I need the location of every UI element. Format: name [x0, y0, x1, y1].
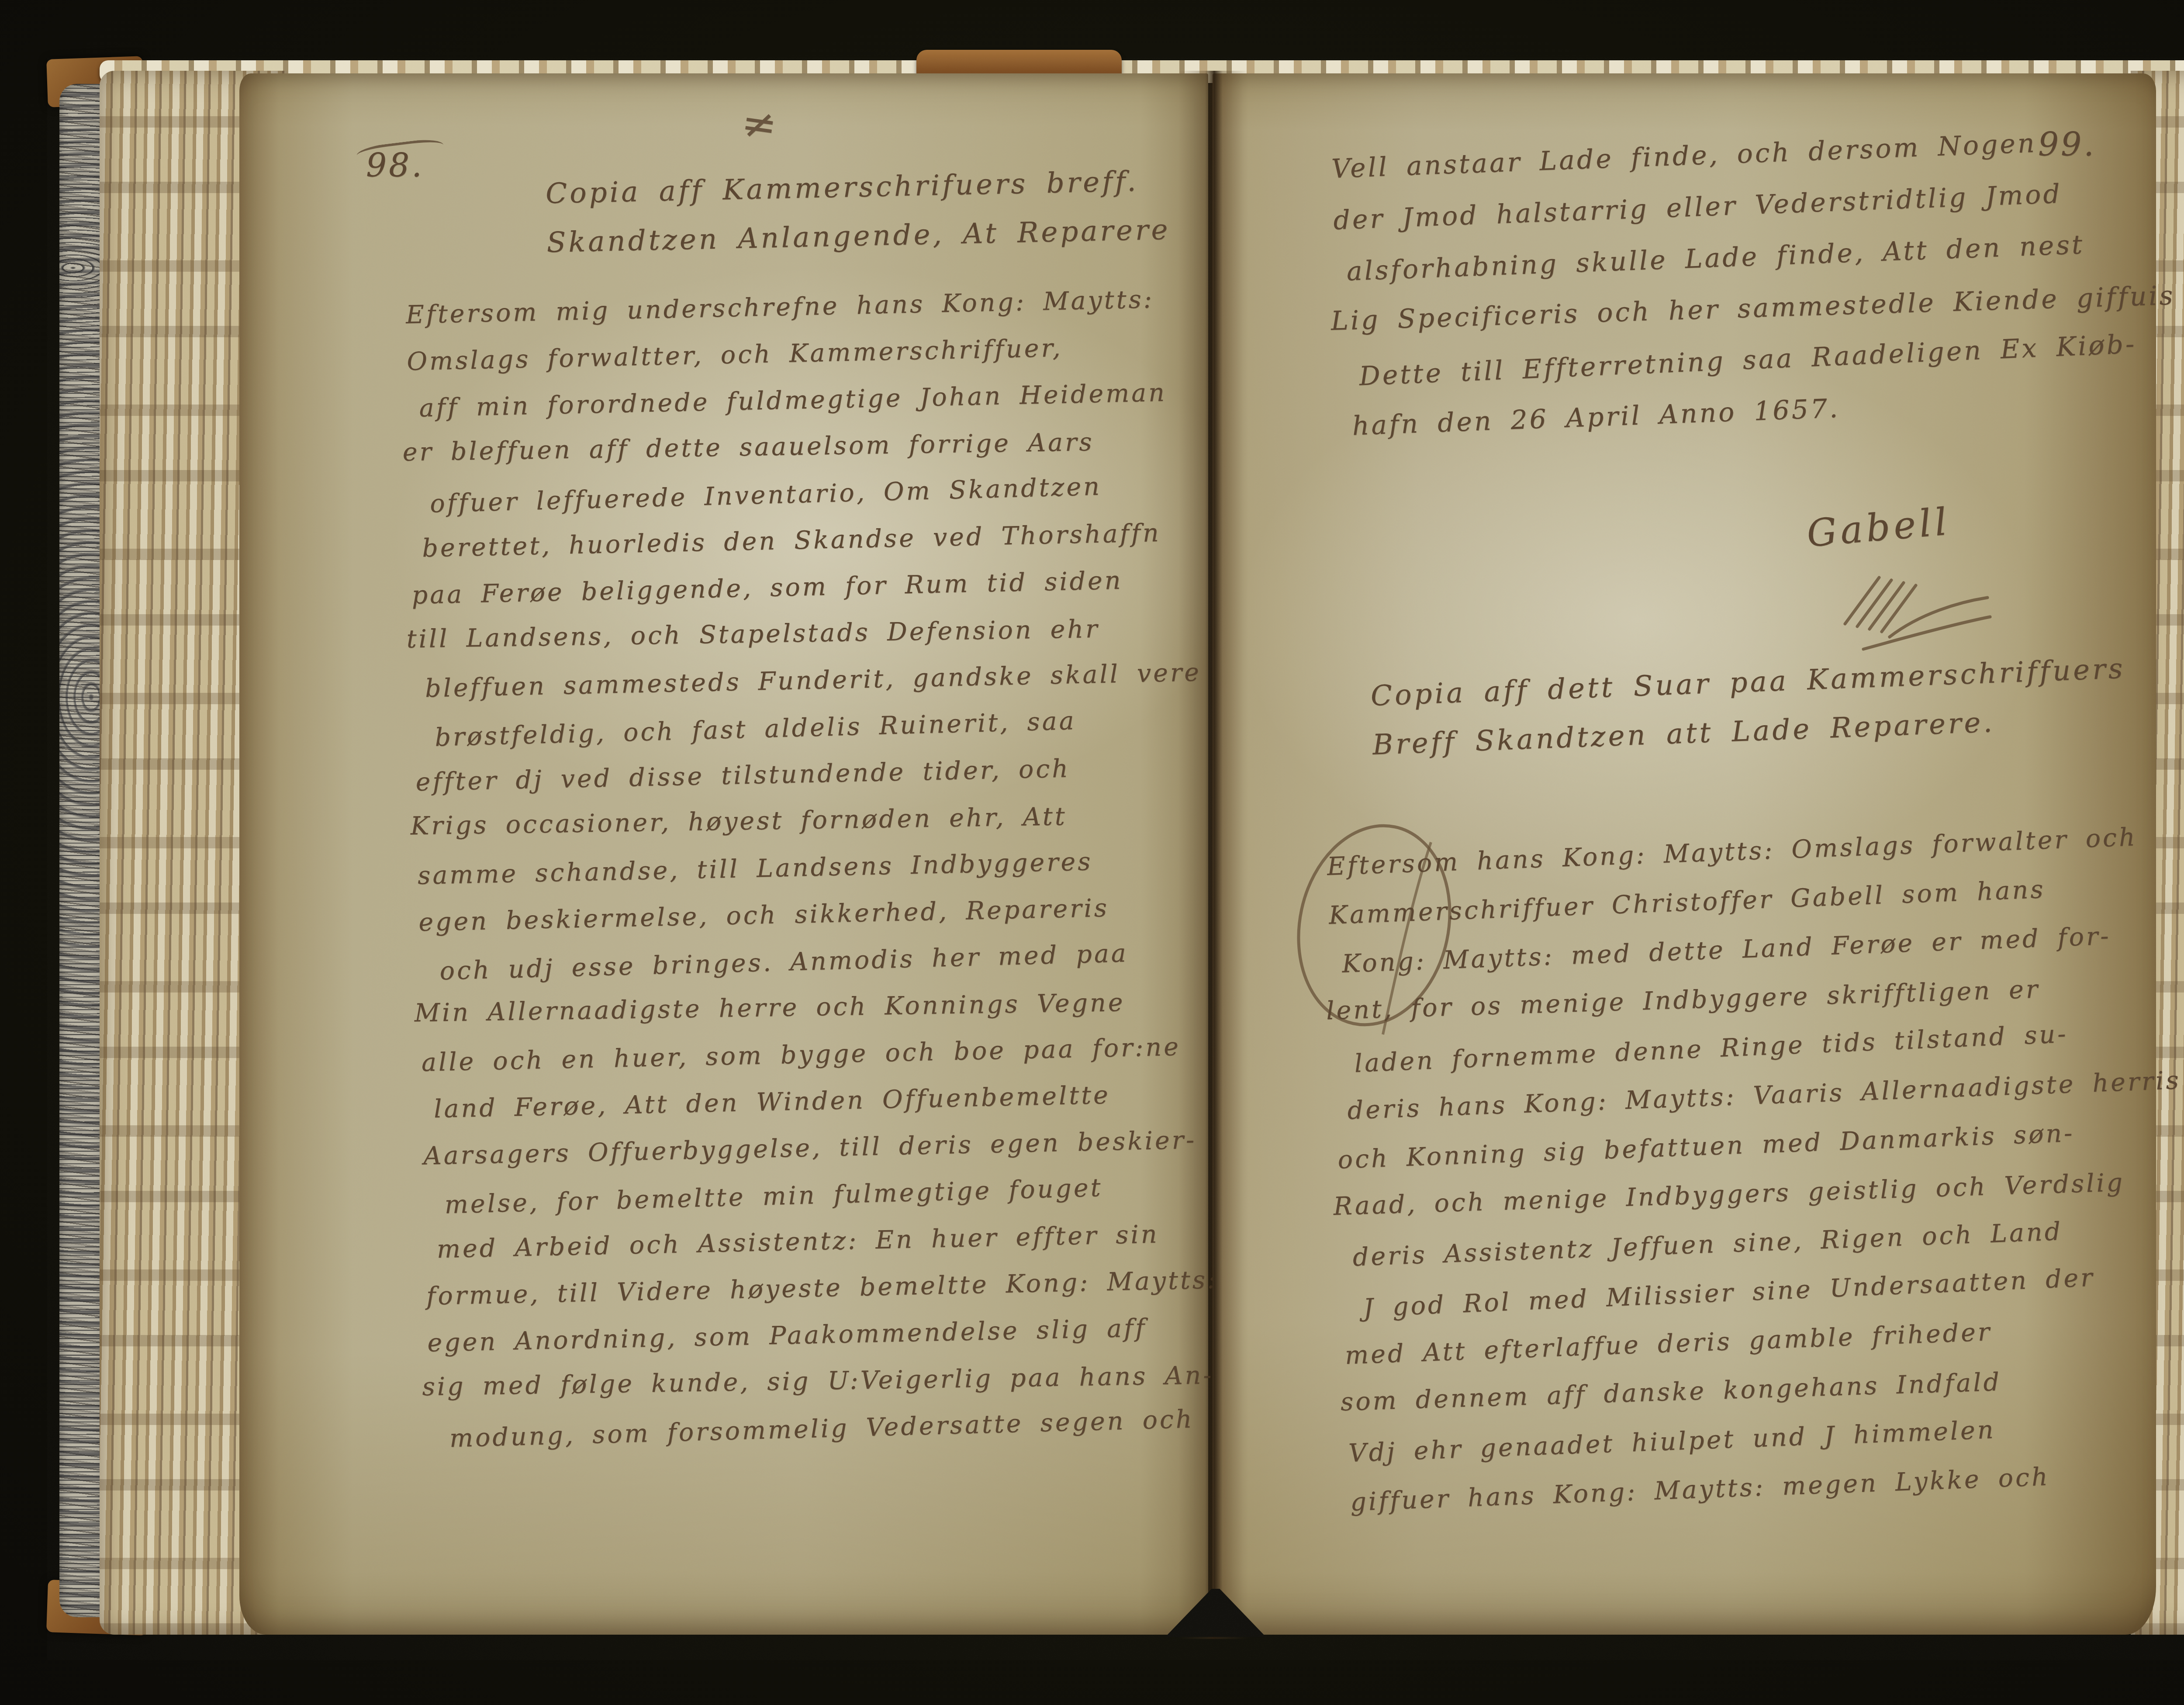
- heading-left: Copia aff Kammerschrifuers breff.Skandtz…: [545, 156, 1171, 267]
- manuscript-book: 98. ≠ Copia aff Kammerschrifuers breff.S…: [47, 58, 2184, 1660]
- page-right: 99. Vell anstaar Lade finde, och dersom …: [1213, 73, 2156, 1635]
- marbled-edge-left: [59, 84, 105, 1617]
- paragraph-1-right: Vell anstaar Lade finde, och dersom Noge…: [1330, 113, 2180, 453]
- page-number-left: 98.: [366, 147, 424, 184]
- archival-photo-background: 98. ≠ Copia aff Kammerschrifuers breff.S…: [0, 0, 2184, 1705]
- paragraph-2-right: Eftersom hans Kong: Maytts: Omslags forw…: [1326, 811, 2184, 1527]
- signature: Gabell: [1805, 500, 1952, 556]
- signature-flourish: [1837, 571, 1994, 654]
- page-left: 98. ≠ Copia aff Kammerschrifuers breff.S…: [239, 73, 1208, 1635]
- heading-right: Copia aff dett Suar paa Kammerschriffuer…: [1370, 644, 2128, 770]
- hash-mark: ≠: [739, 97, 780, 151]
